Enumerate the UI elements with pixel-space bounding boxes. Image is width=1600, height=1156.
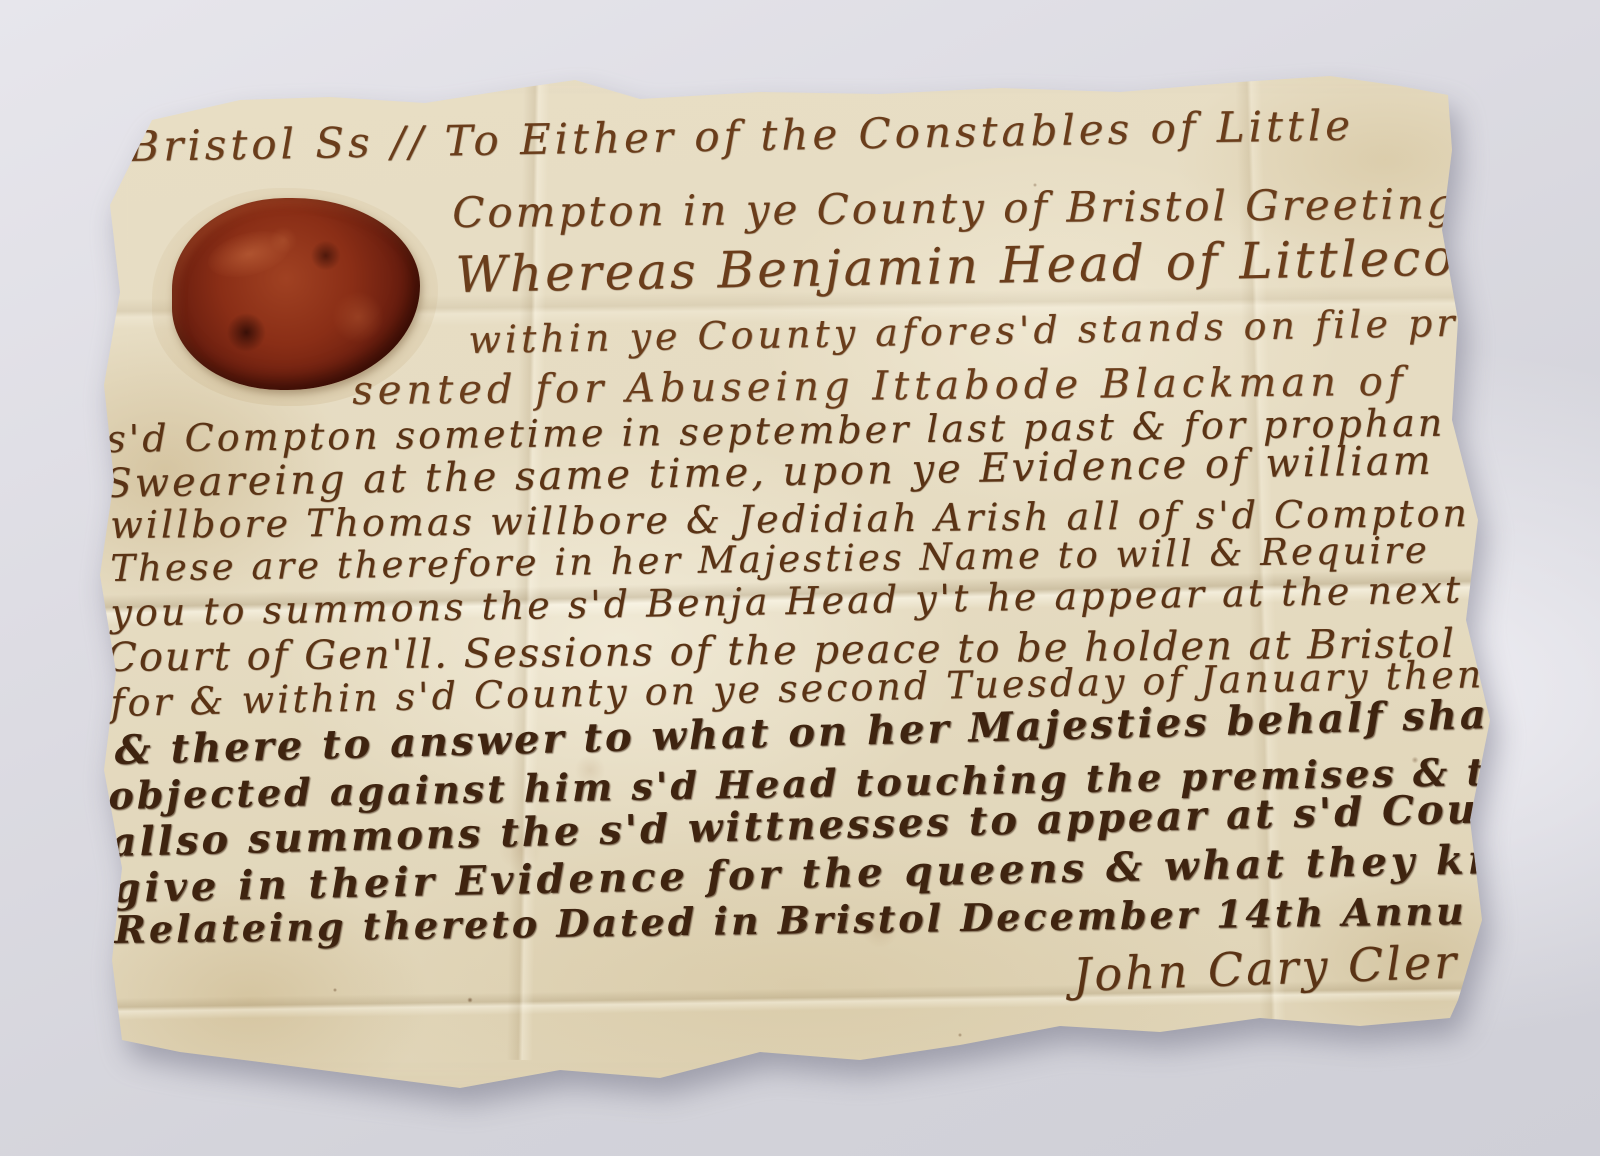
manuscript-paper: Bristol Ss // To Either of the Constable… — [0, 0, 1600, 1156]
photo-background: Bristol Ss // To Either of the Constable… — [0, 0, 1600, 1156]
paper-sheet: Bristol Ss // To Either of the Constable… — [0, 0, 1600, 1156]
manuscript-line: Compton in ye County of Bristol Greeting — [452, 179, 1457, 237]
